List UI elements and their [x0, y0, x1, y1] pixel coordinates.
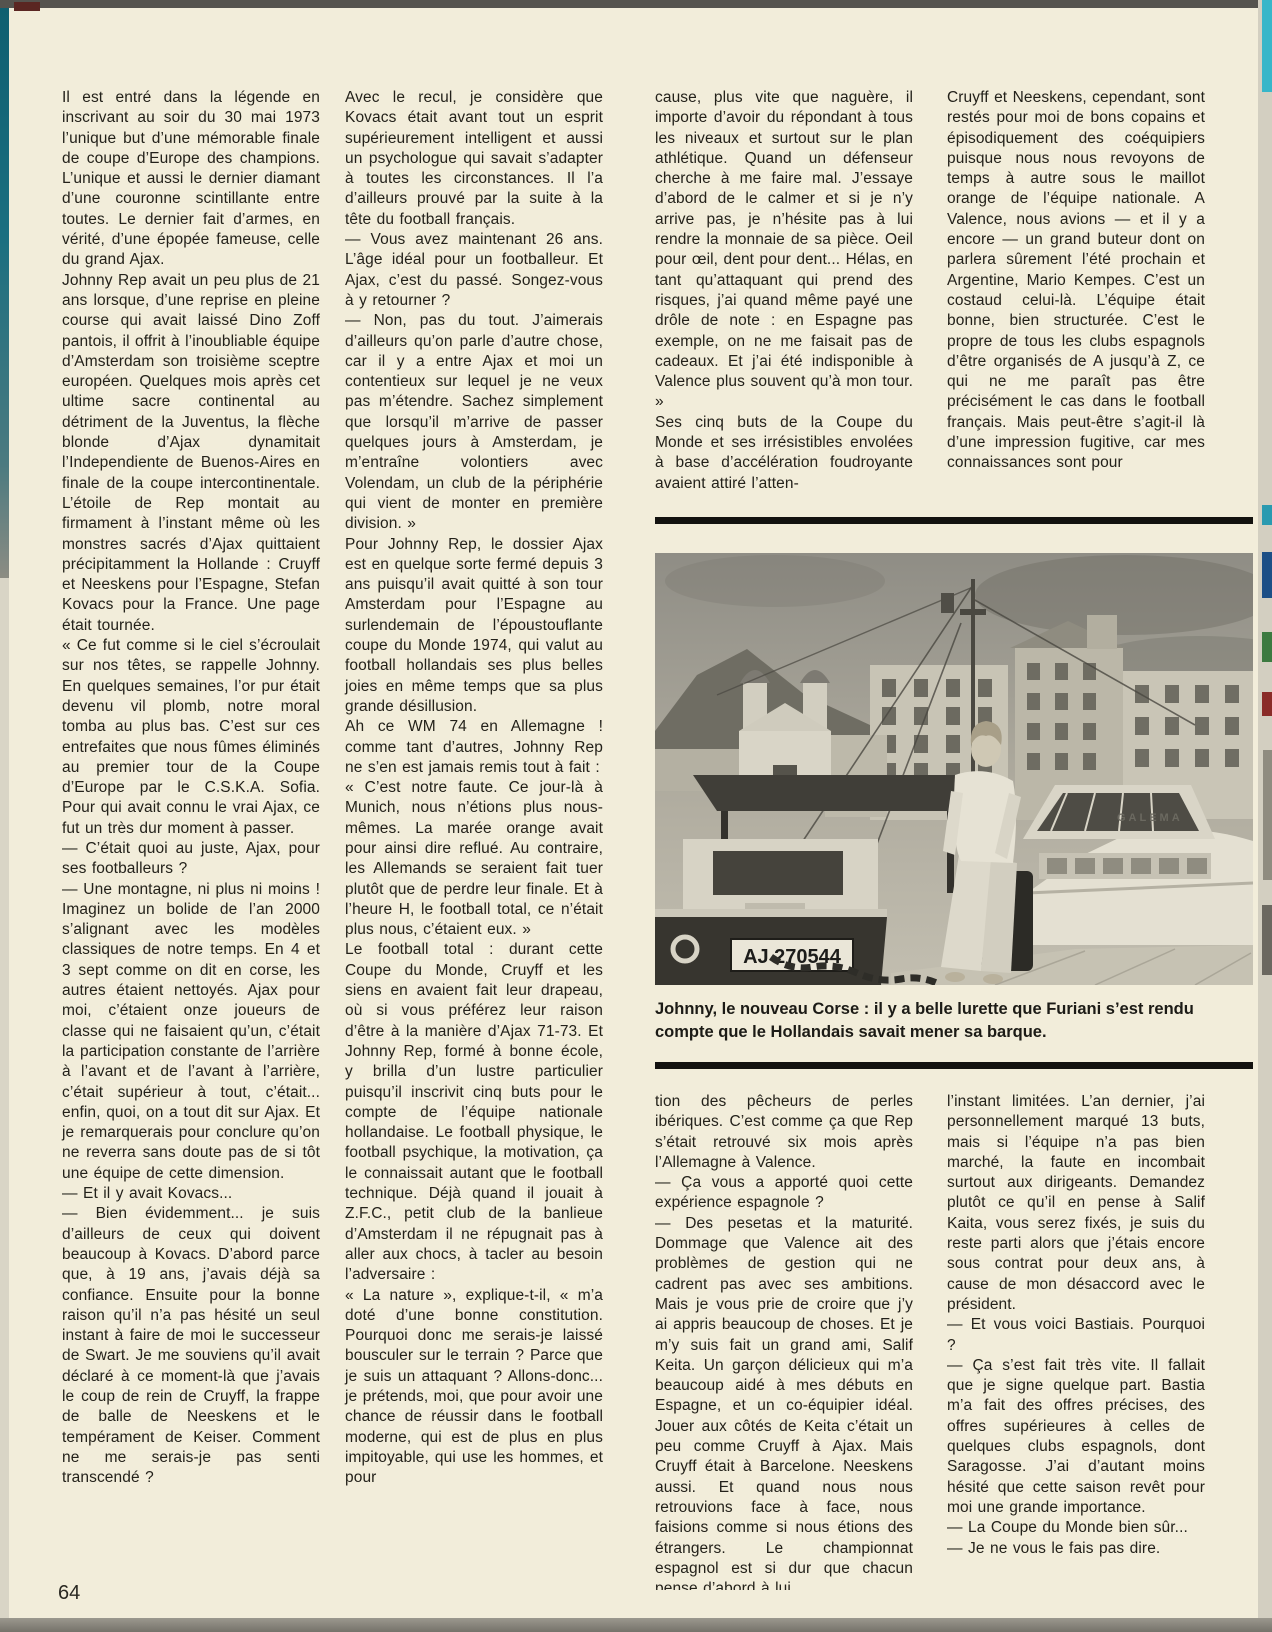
paragraph: Cruyff et Neeskens, cependant, sont rest… — [947, 88, 1205, 474]
paragraph: Ah ce WM 74 en Allemagne ! comme tant d’… — [345, 717, 603, 778]
yacht-name-label: GALEMA — [1117, 812, 1183, 824]
paragraph: — Et vous voici Bastiais. Pourquoi ? — [947, 1315, 1205, 1356]
edge-tab — [1262, 692, 1272, 716]
paragraph: Il est entré dans la légende en inscriva… — [62, 88, 320, 271]
paragraph: — Ça vous a apporté quoi cette expérienc… — [655, 1173, 913, 1214]
paragraph: — Bien évidemment... je suis d’ailleurs … — [62, 1204, 320, 1488]
article-column-1: Il est entré dans la légende en inscriva… — [62, 88, 320, 1488]
article-column-3-bottom: tion des pêcheurs de perles ibériques. C… — [655, 1092, 913, 1590]
page-edge-left-teal — [0, 8, 9, 578]
page-edge-left — [0, 578, 9, 1632]
edge-tab — [1262, 632, 1272, 662]
cloud — [665, 555, 885, 607]
scan-edge-bottom — [0, 1618, 1272, 1632]
paragraph: « La nature », explique-t-il, « m’a doté… — [345, 1286, 603, 1489]
article-column-4-bottom: l’instant limitées. L’an dernier, j’ai p… — [947, 1092, 1205, 1612]
page-number: 64 — [58, 1582, 80, 1605]
paragraph: Pour Johnny Rep, le dossier Ajax est en … — [345, 535, 603, 718]
flag — [941, 593, 954, 613]
paragraph: cause, plus vite que naguère, il importe… — [655, 88, 913, 413]
article-column-3-top: cause, plus vite que naguère, il importe… — [655, 88, 913, 512]
paragraph: tion des pêcheurs de perles ibériques. C… — [655, 1092, 913, 1173]
paragraph: — Je ne vous le fais pas dire. — [947, 1539, 1205, 1559]
paragraph: — Et il y avait Kovacs... — [62, 1184, 320, 1204]
paragraph: — Vous avez maintenant 26 ans. L’âge idé… — [345, 230, 603, 311]
magazine-page: Il est entré dans la légende en inscriva… — [0, 0, 1272, 1632]
paragraph: l’instant limitées. L’an dernier, j’ai p… — [947, 1092, 1205, 1315]
harbor-photo-illustration: GALEMA — [655, 553, 1253, 985]
edge-tab — [1262, 905, 1272, 975]
paragraph: Ses cinq buts de la Coupe du Monde et se… — [655, 413, 913, 494]
photo-caption: Johnny, le nouveau Corse : il y a belle … — [655, 998, 1247, 1044]
paragraph: — Des pesetas et la maturité. Dommage qu… — [655, 1214, 913, 1590]
paragraph: — C’était quoi au juste, Ajax, pour ses … — [62, 839, 320, 880]
divider-rule-top — [655, 517, 1253, 524]
paragraph: Johnny Rep avait un peu plus de 21 ans l… — [62, 271, 320, 636]
scan-edge-notch — [14, 2, 40, 11]
paragraph: — La Coupe du Monde bien sûr... — [947, 1518, 1205, 1538]
article-column-2: Avec le recul, je considère que Kovacs é… — [345, 88, 603, 1488]
edge-tab — [1262, 0, 1272, 92]
paragraph: « C’est notre faute. Ce jour-là à Munich… — [345, 778, 603, 940]
paragraph: — Non, pas du tout. J’aimerais d’ailleur… — [345, 311, 603, 534]
harbor-photo: GALEMA — [655, 553, 1253, 985]
paragraph: Avec le recul, je considère que Kovacs é… — [345, 88, 603, 230]
edge-tab — [1262, 505, 1272, 525]
edge-tab — [1262, 552, 1272, 598]
paragraph: Le football total : durant cette Coupe d… — [345, 940, 603, 1285]
paragraph: — Ça s’est fait très vite. Il fallait qu… — [947, 1356, 1205, 1518]
paragraph: — Une montagne, ni plus ni moins ! Imagi… — [62, 880, 320, 1184]
article-column-4-top: Cruyff et Neeskens, cependant, sont rest… — [947, 88, 1205, 512]
paragraph: « Ce fut comme si le ciel s’écroulait su… — [62, 636, 320, 839]
divider-rule-bottom — [655, 1062, 1253, 1069]
scan-edge-top — [0, 0, 1272, 8]
edge-tab — [1263, 750, 1272, 880]
